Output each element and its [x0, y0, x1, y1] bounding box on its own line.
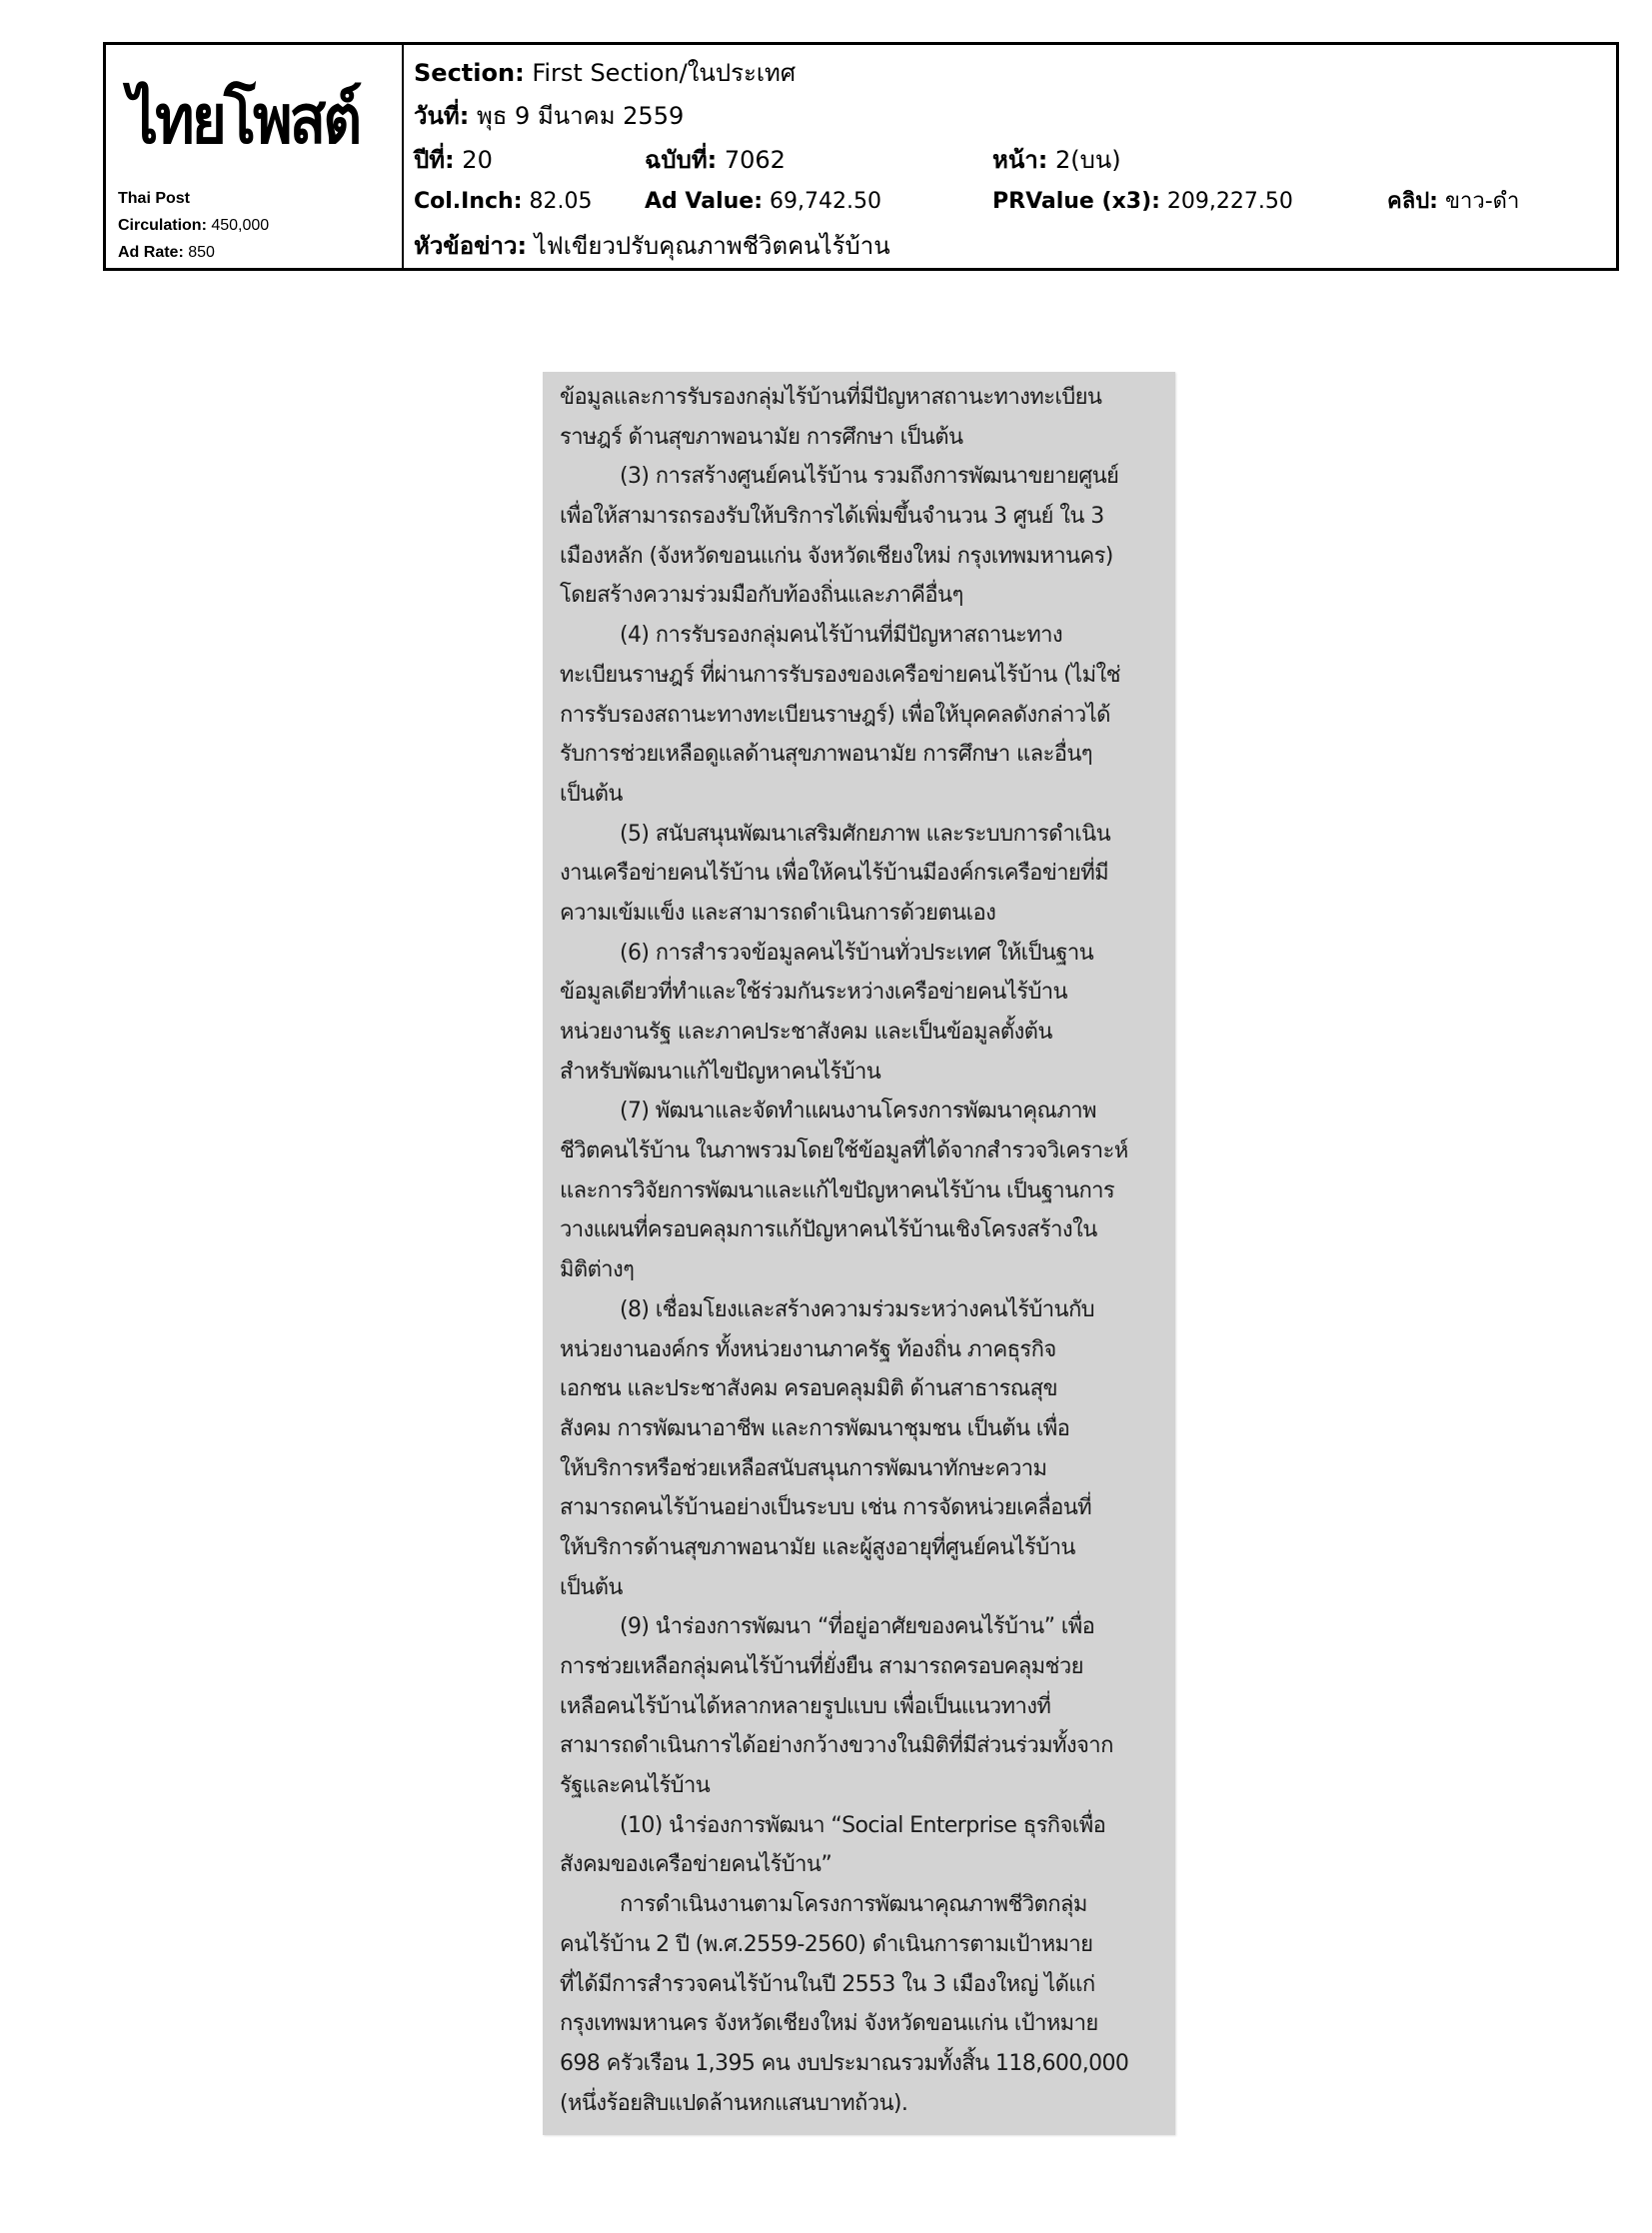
- clip-label: คลิป:: [1387, 189, 1438, 214]
- date: วันที่: พุธ 9 มีนาคม 2559: [414, 96, 684, 136]
- issue-label: ฉบับที่:: [645, 146, 717, 174]
- ad-value-value: 69,742.50: [770, 189, 881, 214]
- article-line: 698 ครัวเรือน 1,395 คน งบประมาณรวมทั้งสิ…: [560, 2044, 1165, 2084]
- article-line: ทะเบียนราษฎร์ ที่ผ่านการรับรองของเครือข่…: [560, 656, 1165, 696]
- article-line: สังคม การพัฒนาอาชีพ และการพัฒนาชุมชน เป็…: [560, 1409, 1165, 1449]
- publication-info: ไทยโพสต์ Thai Post Circulation: 450,000 …: [106, 45, 404, 268]
- article-clipping: ข้อมูลและการรับรองกลุ่มไร้บ้านที่มีปัญหา…: [543, 372, 1175, 2135]
- article-paragraph-start: การดำเนินงานตามโครงการพัฒนาคุณภาพชีวิตกล…: [560, 1885, 1165, 1925]
- article-line: รับการช่วยเหลือดูแลด้านสุขภาพอนามัย การศ…: [560, 735, 1165, 775]
- article-paragraph-start: (9) นำร่องการพัฒนา “ที่อยู่อาศัยของคนไร้…: [560, 1607, 1165, 1647]
- article-line: สามารถดำเนินการได้อย่างกว้างขวางในมิติที…: [560, 1726, 1165, 1766]
- year-label: ปีที่:: [414, 146, 455, 174]
- article-line: กรุงเทพมหานคร จังหวัดเชียงใหม่ จังหวัดขอ…: [560, 2004, 1165, 2044]
- article-line: เป็นต้น: [560, 1568, 1165, 1608]
- article-line: ข้อมูลและการรับรองกลุ่มไร้บ้านที่มีปัญหา…: [560, 378, 1165, 418]
- section-value: First Section/ในประเทศ: [532, 59, 796, 87]
- ad-rate-label: Ad Rate:: [118, 244, 184, 261]
- article-line: เมืองหลัก (จังหวัดขอนแก่น จังหวัดเชียงให…: [560, 537, 1165, 577]
- section-label: Section:: [414, 59, 525, 87]
- year: ปีที่: 20: [414, 140, 493, 180]
- circulation-value: 450,000: [211, 217, 269, 234]
- article-line: ราษฎร์ ด้านสุขภาพอนามัย การศึกษา เป็นต้น: [560, 418, 1165, 458]
- ad-rate-value: 850: [188, 244, 215, 261]
- page-label: หน้า:: [992, 146, 1047, 174]
- article-paragraph-start: (10) นำร่องการพัฒนา “Social Enterprise ธ…: [560, 1806, 1165, 1846]
- article-paragraph-start: (6) การสำรวจข้อมูลคนไร้บ้านทั่วประเทศ ให…: [560, 934, 1165, 974]
- value-row: Col.Inch: 82.05 Ad Value: 69,742.50 PRVa…: [414, 182, 1616, 222]
- clip-type: คลิป: ขาว-ดำ: [1387, 182, 1519, 222]
- article-line: หน่วยงานองค์กร ทั้งหน่วยงานภาครัฐ ท้องถิ…: [560, 1330, 1165, 1370]
- ad-value: Ad Value: 69,742.50: [645, 182, 881, 222]
- issue-row: ปีที่: 20 ฉบับที่: 7062 หน้า: 2(บน): [414, 140, 1616, 180]
- date-value: พุธ 9 มีนาคม 2559: [477, 102, 684, 130]
- article-line: ให้บริการหรือช่วยเหลือสนับสนุนการพัฒนาทั…: [560, 1449, 1165, 1489]
- article-line: ที่ได้มีการสำรวจคนไร้บ้านในปี 2553 ใน 3 …: [560, 1965, 1165, 2005]
- article-line: เหลือคนไร้บ้านได้หลากหลายรูปแบบ เพื่อเป็…: [560, 1687, 1165, 1727]
- clip-value: ขาว-ดำ: [1445, 189, 1519, 214]
- headline-value: ไฟเขียวปรับคุณภาพชีวิตคนไร้บ้าน: [535, 232, 890, 260]
- headline-row: หัวข้อข่าว: ไฟเขียวปรับคุณภาพชีวิตคนไร้บ…: [414, 226, 1616, 266]
- article-line: (หนึ่งร้อยสิบแปดล้านหกแสนบาทถ้วน).: [560, 2084, 1165, 2124]
- article-line: สามารถคนไร้บ้านอย่างเป็นระบบ เช่น การจัด…: [560, 1488, 1165, 1528]
- issue: ฉบับที่: 7062: [645, 140, 786, 180]
- page-value: 2(บน): [1055, 146, 1121, 174]
- col-inch-value: 82.05: [530, 189, 593, 214]
- article-paragraph-start: (8) เชื่อมโยงและสร้างความร่วมระหว่างคนไร…: [560, 1290, 1165, 1330]
- headline-label: หัวข้อข่าว:: [414, 232, 527, 260]
- article-line: การช่วยเหลือกลุ่มคนไร้บ้านที่ยั่งยืน สาม…: [560, 1647, 1165, 1687]
- ad-rate: Ad Rate: 850: [118, 244, 215, 262]
- article-line: รัฐและคนไร้บ้าน: [560, 1766, 1165, 1806]
- pr-value-label: PRValue (x3):: [992, 189, 1160, 214]
- article-line: และการวิจัยการพัฒนาและแก้ไขปัญหาคนไร้บ้า…: [560, 1171, 1165, 1211]
- article-line: เพื่อให้สามารถรองรับให้บริการได้เพิ่มขึ้…: [560, 497, 1165, 537]
- article-line: มิติต่างๆ: [560, 1250, 1165, 1290]
- article-line: ความเข้มแข็ง และสามารถดำเนินการด้วยตนเอง: [560, 894, 1165, 934]
- article-line: วางแผนที่ครอบคลุมการแก้ปัญหาคนไร้บ้านเชิ…: [560, 1210, 1165, 1250]
- section-row: Section: First Section/ในประเทศ: [414, 53, 1616, 93]
- article-paragraph-start: (3) การสร้างศูนย์คนไร้บ้าน รวมถึงการพัฒน…: [560, 457, 1165, 497]
- article-line: ชีวิตคนไร้บ้าน ในภาพรวมโดยใช้ข้อมูลที่ได…: [560, 1131, 1165, 1171]
- article-line: คนไร้บ้าน 2 ปี (พ.ศ.2559-2560) ดำเนินการ…: [560, 1925, 1165, 1965]
- headline: หัวข้อข่าว: ไฟเขียวปรับคุณภาพชีวิตคนไร้บ…: [414, 226, 890, 266]
- article-paragraph-start: (7) พัฒนาและจัดทำแผนงานโครงการพัฒนาคุณภา…: [560, 1092, 1165, 1131]
- article-line: เอกชน และประชาสังคม ครอบคลุมมิติ ด้านสาธ…: [560, 1369, 1165, 1409]
- section: Section: First Section/ในประเทศ: [414, 53, 796, 93]
- article-line: เป็นต้น: [560, 775, 1165, 815]
- pr-value: PRValue (x3): 209,227.50: [992, 182, 1293, 222]
- article-line: สังคมของเครือข่ายคนไร้บ้าน”: [560, 1845, 1165, 1885]
- issue-value: 7062: [725, 146, 786, 174]
- article-line: การรับรองสถานะทางทะเบียนราษฎร์) เพื่อให้…: [560, 696, 1165, 736]
- date-label: วันที่:: [414, 102, 469, 130]
- col-inch: Col.Inch: 82.05: [414, 182, 593, 222]
- clipping-header: ไทยโพสต์ Thai Post Circulation: 450,000 …: [103, 42, 1619, 271]
- clipping-details: Section: First Section/ในประเทศ วันที่: …: [404, 45, 1616, 268]
- date-row: วันที่: พุธ 9 มีนาคม 2559: [414, 96, 1616, 136]
- article-line: ข้อมูลเดียวที่ทำและใช้ร่วมกันระหว่างเครื…: [560, 973, 1165, 1013]
- article-line: โดยสร้างความร่วมมือกับท้องถิ่นและภาคีอื่…: [560, 576, 1165, 616]
- publication-name: Thai Post: [118, 190, 190, 208]
- year-value: 20: [462, 146, 493, 174]
- page: หน้า: 2(บน): [992, 140, 1121, 180]
- circulation-label: Circulation:: [118, 217, 207, 234]
- newspaper-logo: ไทยโพสต์: [128, 81, 380, 159]
- circulation: Circulation: 450,000: [118, 217, 269, 235]
- article-line: ให้บริการด้านสุขภาพอนามัย และผู้สูงอายุท…: [560, 1528, 1165, 1568]
- article-paragraph-start: (5) สนับสนุนพัฒนาเสริมศักยภาพ และระบบการ…: [560, 815, 1165, 855]
- pr-value-value: 209,227.50: [1167, 189, 1293, 214]
- ad-value-label: Ad Value:: [645, 189, 763, 214]
- col-inch-label: Col.Inch:: [414, 189, 523, 214]
- article-line: สำหรับพัฒนาแก้ไขปัญหาคนไร้บ้าน: [560, 1053, 1165, 1093]
- article-line: งานเครือข่ายคนไร้บ้าน เพื่อให้คนไร้บ้านม…: [560, 854, 1165, 894]
- article-paragraph-start: (4) การรับรองกลุ่มคนไร้บ้านที่มีปัญหาสถา…: [560, 616, 1165, 656]
- article-line: หน่วยงานรัฐ และภาคประชาสังคม และเป็นข้อม…: [560, 1013, 1165, 1053]
